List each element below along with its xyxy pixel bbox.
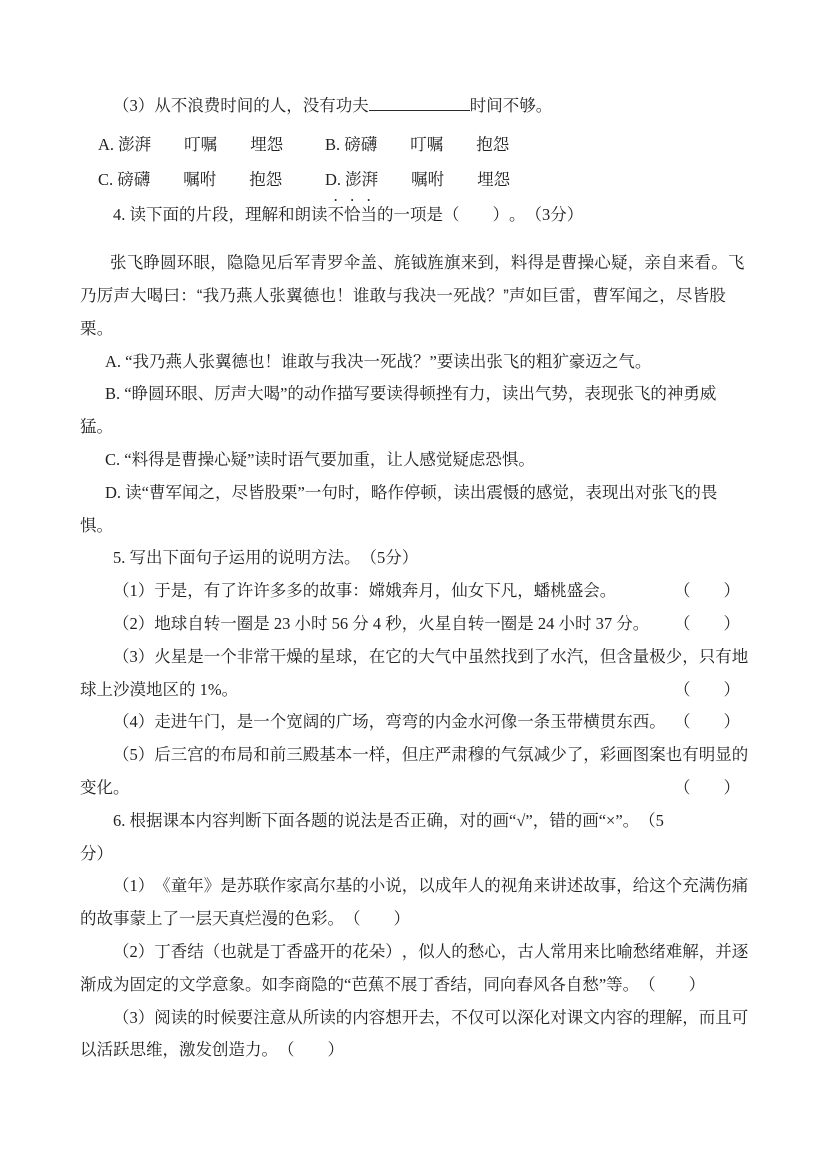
q4-option-b-text-2: 猛。 bbox=[80, 411, 113, 444]
q4-option-b-line-1: B. “睁圆环眼、厉声大喝”的动作描写要读得顿挫有力，读出气势，表现张飞的神勇威 bbox=[80, 378, 746, 411]
q3-option-a: A. 澎湃 叮嘱 埋怨 bbox=[98, 129, 325, 162]
q6-item-2-line-2: 渐成为固定的文学意象。如李商隐的“芭蕉不展丁香结，同向春风各自愁”等。（ ） bbox=[80, 969, 746, 1002]
q4-option-c: C. “料得是曹操心疑”读时语气要加重，让人感觉疑虑恐惧。 bbox=[80, 444, 746, 477]
q5-item-2-text: （2）地球自转一圈是 23 小时 56 分 4 秒，火星自转一圈是 24 小时 … bbox=[113, 608, 649, 641]
q3-option-row-1: A. 澎湃 叮嘱 埋怨B. 磅礴 叮嘱 抱怨 bbox=[80, 129, 746, 162]
q4-option-b-line-2: 猛。 bbox=[80, 411, 746, 444]
q4-passage-line-2: 乃厉声大喝曰：“我乃燕人张翼德也！谁敢与我决一死战？”声如巨雷，曹军闻之，尽皆股 bbox=[80, 280, 746, 313]
q5-item-4-text: （4）走进午门，是一个宽阔的广场，弯弯的内金水河像一条玉带横贯东西。 bbox=[113, 706, 666, 739]
q3-option-d: D. 澎湃 嘱咐 埋怨 bbox=[325, 164, 510, 197]
exam-content: （3）从不浪费时间的人，没有功夫时间不够。 A. 澎湃 叮嘱 埋怨B. 磅礴 叮… bbox=[80, 90, 746, 1067]
q5-item-3-line-1: （3）火星是一个非常干燥的星球，在它的大气中虽然找到了水汽，但含量极少，只有地 bbox=[80, 641, 746, 674]
q4-option-b-text-1: B. “睁圆环眼、厉声大喝”的动作描写要读得顿挫有力，读出气势，表现张飞的神勇威 bbox=[105, 378, 716, 411]
q3-option-row-2: C. 磅礴 嘱咐 抱怨D. 澎湃 嘱咐 埋怨 bbox=[80, 164, 746, 197]
q6-item-3-line-2: 以活跃思维，激发创造力。（ ） bbox=[80, 1034, 746, 1067]
q4-option-a: A. “我乃燕人张翼德也！谁敢与我决一死战？”要读出张飞的粗犷豪迈之气。 bbox=[80, 346, 746, 379]
q6-item-3-line-1: （3）阅读的时候要注意从所读的内容想开去，不仅可以深化对课文内容的理解，而且可 bbox=[80, 1002, 746, 1035]
q6-item-1-text-1: （1）《童年》是苏联作家高尔基的小说，以成年人的视角来讲述故事，给这个充满伤痛 bbox=[113, 870, 748, 903]
q5-item-3-answer-slot: （ ） bbox=[674, 674, 746, 707]
q3-option-b: B. 磅礴 叮嘱 抱怨 bbox=[325, 129, 509, 162]
q5-stem-line: 5. 写出下面句子运用的说明方法。（5分） bbox=[80, 542, 746, 575]
q4-passage-text-2: 乃厉声大喝曰：“我乃燕人张翼德也！谁敢与我决一死战？”声如巨雷，曹军闻之，尽皆股 bbox=[80, 280, 726, 313]
q4-option-d-line-1: D. 读“曹军闻之，尽皆股栗”一句时，略作停顿，读出震慑的感觉，表现出对张飞的畏 bbox=[80, 477, 746, 510]
q5-item-4: （4）走进午门，是一个宽阔的广场，弯弯的内金水河像一条玉带横贯东西。 （ ） bbox=[80, 706, 746, 739]
q4-stem-post: 的一项是（ ）。（3分） bbox=[377, 199, 583, 232]
q4-stem-pre: 4. 读下面的片段，理解和朗读 bbox=[113, 199, 328, 232]
q5-item-5-line-1: （5）后三宫的布局和前三殿基本一样，但庄严肃穆的气氛减少了，彩画图案也有明显的 bbox=[80, 739, 746, 772]
q6-stem-line-1: 6. 根据课本内容判断下面各题的说法是否正确，对的画“√”，错的画“×”。（5 bbox=[80, 805, 746, 838]
q5-item-2-answer-slot: （ ） bbox=[674, 608, 746, 641]
q6-stem-text-1: 6. 根据课本内容判断下面各题的说法是否正确，对的画“√”，错的画“×”。（5 bbox=[113, 805, 664, 838]
q5-item-3-text-2: 球上沙漠地区的 1%。 bbox=[80, 674, 238, 707]
q5-item-5-text-2: 变化。 bbox=[80, 772, 130, 805]
q6-stem-line-2: 分） bbox=[80, 838, 746, 871]
q6-item-1-line-1: （1）《童年》是苏联作家高尔基的小说，以成年人的视角来讲述故事，给这个充满伤痛 bbox=[80, 870, 746, 903]
q5-item-3-line-2: 球上沙漠地区的 1%。 （ ） bbox=[80, 674, 746, 707]
q4-stem-emphasized: 不恰当 bbox=[328, 196, 378, 232]
q6-item-1-line-2: 的故事蒙上了一层天真烂漫的色彩。（ ） bbox=[80, 903, 746, 936]
q6-item-3-text-2: 以活跃思维，激发创造力。（ ） bbox=[80, 1034, 344, 1067]
q4-option-d-text-1: D. 读“曹军闻之，尽皆股栗”一句时，略作停顿，读出震慑的感觉，表现出对张飞的畏 bbox=[105, 477, 717, 510]
q4-option-a-text: A. “我乃燕人张翼德也！谁敢与我决一死战？”要读出张飞的粗犷豪迈之气。 bbox=[105, 346, 651, 379]
q5-item-5-text-1: （5）后三宫的布局和前三殿基本一样，但庄严肃穆的气氛减少了，彩画图案也有明显的 bbox=[113, 739, 748, 772]
q5-item-4-answer-slot: （ ） bbox=[674, 706, 746, 739]
q3-stem-line: （3）从不浪费时间的人，没有功夫时间不够。 bbox=[80, 90, 746, 123]
q5-item-2: （2）地球自转一圈是 23 小时 56 分 4 秒，火星自转一圈是 24 小时 … bbox=[80, 608, 746, 641]
fill-blank-underline bbox=[369, 97, 470, 111]
q3-stem-post: 时间不够。 bbox=[470, 90, 553, 123]
q4-passage-text-1: 张飞睁圆环眼，隐隐见后军青罗伞盖、旄钺旌旗来到，料得是曹操心疑，亲自来看。飞 bbox=[110, 247, 745, 280]
q6-stem-text-2: 分） bbox=[80, 838, 113, 871]
q5-item-1-text: （1）于是，有了许许多多的故事：嫦娥奔月，仙女下凡，蟠桃盛会。 bbox=[113, 575, 616, 608]
exam-page: （3）从不浪费时间的人，没有功夫时间不够。 A. 澎湃 叮嘱 埋怨B. 磅礴 叮… bbox=[0, 0, 826, 1169]
q5-stem-text: 5. 写出下面句子运用的说明方法。（5分） bbox=[113, 542, 418, 575]
q5-item-5-answer-slot: （ ） bbox=[674, 772, 746, 805]
q6-item-2-text-2: 渐成为固定的文学意象。如李商隐的“芭蕉不展丁香结，同向春风各自愁”等。（ ） bbox=[80, 969, 705, 1002]
q5-item-5-line-2: 变化。 （ ） bbox=[80, 772, 746, 805]
q6-item-2-line-1: （2）丁香结（也就是丁香盛开的花朵），似人的愁心，古人常用来比喻愁绪难解，并逐 bbox=[80, 936, 746, 969]
q4-stem-line: 4. 读下面的片段，理解和朗读不恰当的一项是（ ）。（3分） bbox=[80, 196, 746, 229]
q5-item-1: （1）于是，有了许许多多的故事：嫦娥奔月，仙女下凡，蟠桃盛会。 （ ） bbox=[80, 575, 746, 608]
q4-passage-line-3: 栗。 bbox=[80, 313, 746, 346]
q4-passage-line-1: 张飞睁圆环眼，隐隐见后军青罗伞盖、旄钺旌旗来到，料得是曹操心疑，亲自来看。飞 bbox=[80, 247, 746, 280]
q6-item-3-text-1: （3）阅读的时候要注意从所读的内容想开去，不仅可以深化对课文内容的理解，而且可 bbox=[113, 1002, 748, 1035]
q4-passage-text-3: 栗。 bbox=[80, 313, 113, 346]
q4-option-d-text-2: 惧。 bbox=[80, 510, 113, 543]
q3-stem-pre: （3）从不浪费时间的人，没有功夫 bbox=[113, 90, 369, 123]
q5-item-1-answer-slot: （ ） bbox=[674, 575, 746, 608]
q4-option-d-line-2: 惧。 bbox=[80, 510, 746, 543]
q5-item-3-text-1: （3）火星是一个非常干燥的星球，在它的大气中虽然找到了水汽，但含量极少，只有地 bbox=[113, 641, 748, 674]
q6-item-2-text-1: （2）丁香结（也就是丁香盛开的花朵），似人的愁心，古人常用来比喻愁绪难解，并逐 bbox=[113, 936, 748, 969]
q4-option-c-text: C. “料得是曹操心疑”读时语气要加重，让人感觉疑虑恐惧。 bbox=[105, 444, 535, 477]
q6-item-1-text-2: 的故事蒙上了一层天真烂漫的色彩。（ ） bbox=[80, 903, 410, 936]
q3-option-c: C. 磅礴 嘱咐 抱怨 bbox=[98, 164, 325, 197]
